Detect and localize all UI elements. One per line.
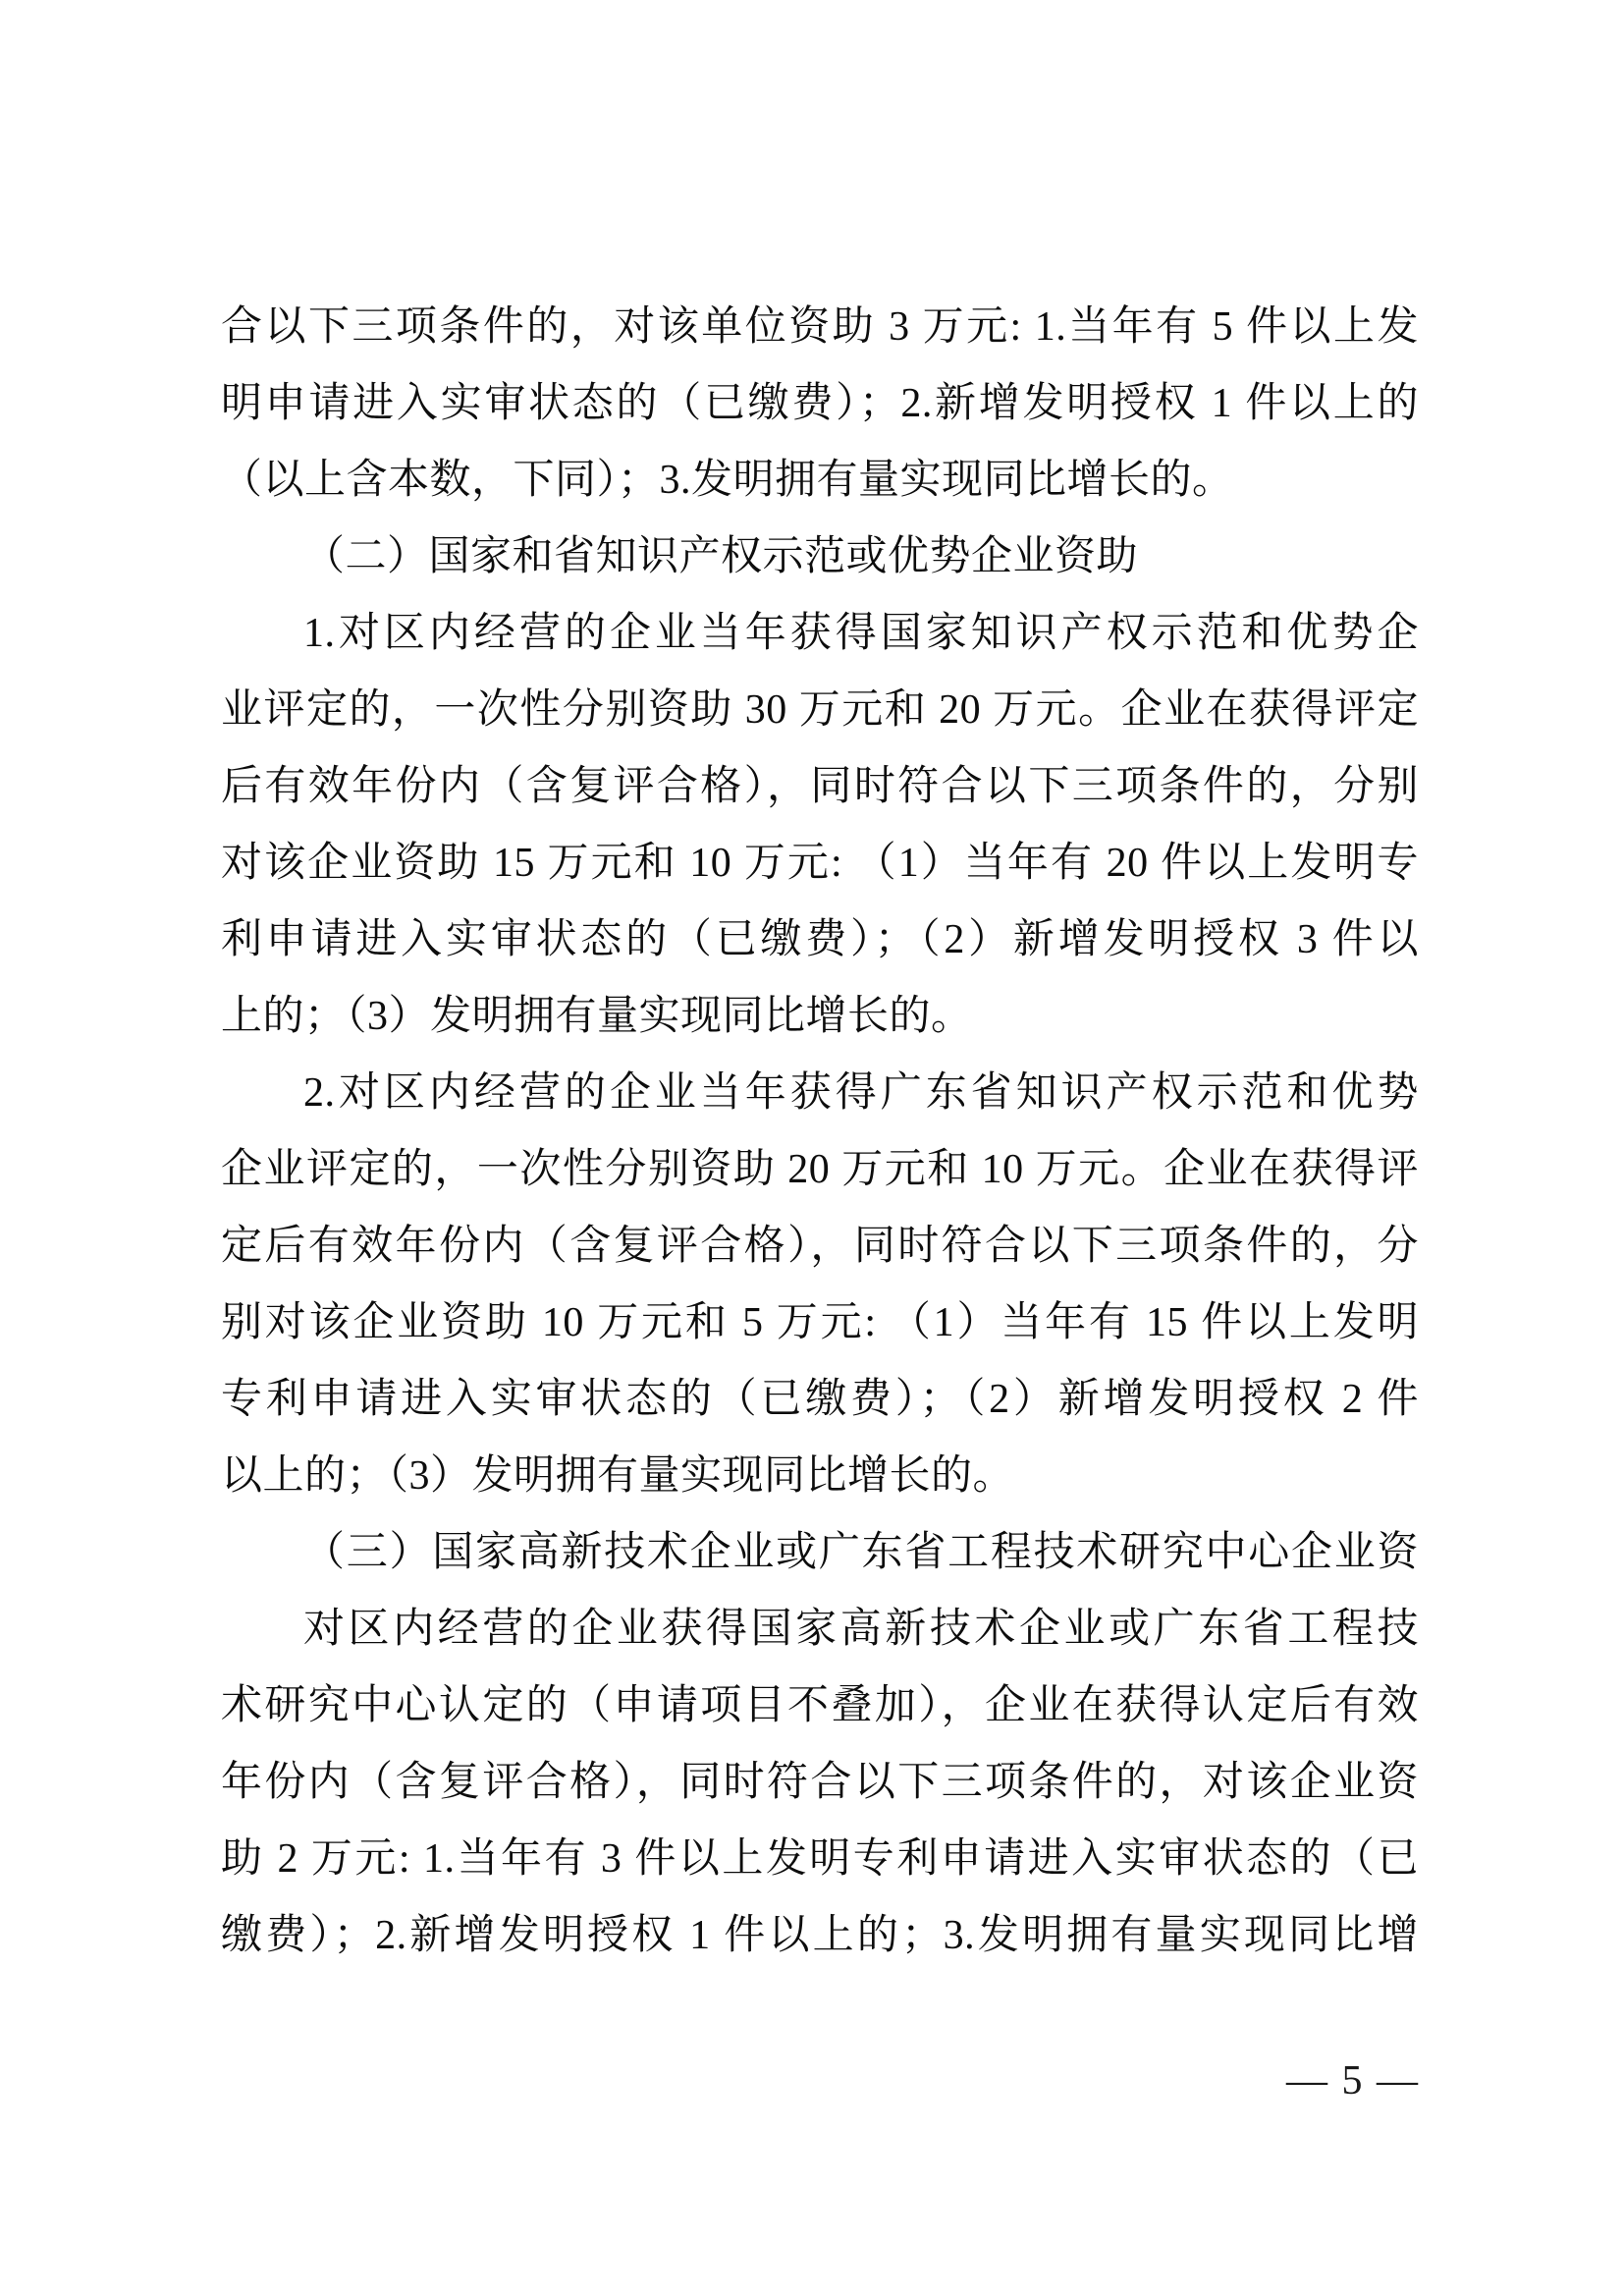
document-line: 以上的；（3）发明拥有量实现同比增长的。: [221, 1438, 1419, 1514]
document-line: 合以下三项条件的，对该单位资助 3 万元: 1.当年有 5 件以上发: [221, 289, 1419, 365]
document-line: 上的；（3）发明拥有量实现同比增长的。: [221, 978, 1419, 1055]
document-page: 合以下三项条件的，对该单位资助 3 万元: 1.当年有 5 件以上发 明申请进入…: [0, 0, 1623, 2296]
document-line: 专利申请进入实审状态的（已缴费）；（2）新增发明授权 2 件: [221, 1361, 1419, 1438]
document-line: 缴费）；2.新增发明授权 1 件以上的；3.发明拥有量实现同比增: [221, 1897, 1419, 1974]
document-heading-line: （三）国家高新技术企业或广东省工程技术研究中心企业资助: [221, 1514, 1419, 1591]
document-line: 定后有效年份内（含复评合格），同时符合以下三项条件的，分: [221, 1208, 1419, 1285]
document-line: 术研究中心认定的（申请项目不叠加），企业在获得认定后有效: [221, 1667, 1419, 1744]
document-line: 利申请进入实审状态的（已缴费）；（2）新增发明授权 3 件以: [221, 902, 1419, 978]
document-line: 企业评定的，一次性分别资助 20 万元和 10 万元。企业在获得评: [221, 1131, 1419, 1208]
document-line: 对区内经营的企业获得国家高新技术企业或广东省工程技: [221, 1591, 1419, 1667]
document-line: 别对该企业资助 10 万元和 5 万元: （1）当年有 15 件以上发明: [221, 1285, 1419, 1361]
document-line: 1.对区内经营的企业当年获得国家知识产权示范和优势企: [221, 595, 1419, 672]
document-heading-line: （二）国家和省知识产权示范或优势企业资助: [221, 519, 1419, 595]
document-line: （以上含本数，下同）；3.发明拥有量实现同比增长的。: [221, 442, 1419, 519]
document-line: 明申请进入实审状态的（已缴费）；2.新增发明授权 1 件以上的: [221, 365, 1419, 442]
document-line: 助 2 万元: 1.当年有 3 件以上发明专利申请进入实审状态的（已: [221, 1821, 1419, 1897]
document-line: 业评定的，一次性分别资助 30 万元和 20 万元。企业在获得评定: [221, 672, 1419, 748]
document-body: 合以下三项条件的，对该单位资助 3 万元: 1.当年有 5 件以上发 明申请进入…: [221, 289, 1419, 1974]
page-number: — 5 —: [1286, 2060, 1420, 2102]
document-line: 年份内（含复评合格），同时符合以下三项条件的，对该企业资: [221, 1744, 1419, 1821]
document-line: 2.对区内经营的企业当年获得广东省知识产权示范和优势: [221, 1055, 1419, 1131]
document-line: 后有效年份内（含复评合格），同时符合以下三项条件的，分别: [221, 748, 1419, 825]
document-line: 对该企业资助 15 万元和 10 万元: （1）当年有 20 件以上发明专: [221, 825, 1419, 902]
